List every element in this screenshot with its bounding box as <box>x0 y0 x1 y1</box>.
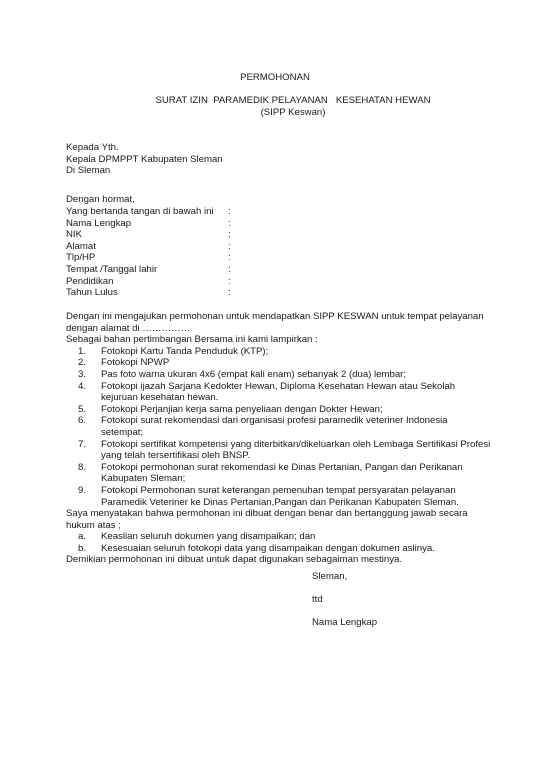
list-number: 1. <box>78 346 86 358</box>
list-item: 2.Fotokopi NPWP <box>66 357 491 369</box>
field-label: Tempat /Tanggal lahir <box>66 264 157 275</box>
greeting: Dengan hormat, <box>66 194 135 206</box>
field-separator: : <box>228 252 231 264</box>
field-label: Alamat <box>66 241 96 252</box>
field-row: Alamat: <box>66 241 214 253</box>
field-row: Pendidikan: <box>66 276 214 288</box>
attachments-list: 1.Fotokopi Kartu Tanda Penduduk (KTP); 2… <box>66 346 486 508</box>
field-row: NIK: <box>66 229 214 241</box>
list-number: 5. <box>78 404 86 416</box>
list-number: b. <box>78 543 86 555</box>
list-item: 9.Fotokopi Permohonan surat keterangan p… <box>66 485 491 508</box>
list-number: a. <box>78 531 86 543</box>
field-separator: : <box>228 218 231 230</box>
field-separator: : <box>228 229 231 241</box>
list-item: 1.Fotokopi Kartu Tanda Penduduk (KTP); <box>66 346 491 358</box>
statement-paragraph: Saya menyatakan bahwa permohonan ini dib… <box>66 508 486 531</box>
recipient-block: Kepada Yth. Kepala DPMPPT Kabupaten Slem… <box>66 142 223 177</box>
list-number: 4. <box>78 381 86 393</box>
list-number: 9. <box>78 485 86 497</box>
list-item: 6.Fotokopi surat rekomendasi dari organi… <box>66 415 491 438</box>
document-title: PERMOHONAN <box>0 72 550 84</box>
list-text: Fotokopi permohonan surat rekomendasi ke… <box>101 462 463 485</box>
list-text: Kesesuaian seluruh fotokopi data yang di… <box>101 543 435 554</box>
list-text: Keaslian seluruh dokumen yang disampaika… <box>101 531 315 542</box>
field-row: Nama Lengkap: <box>66 218 214 230</box>
signature-mark: ttd <box>312 594 377 606</box>
list-item: b.Kesesuaian seluruh fotokopi data yang … <box>66 543 491 555</box>
list-text: Fotokopi surat rekomendasi dari organisa… <box>101 415 448 438</box>
applicant-fields: Yang bertanda tangan di bawah ini: Nama … <box>66 206 214 299</box>
list-text: Fotokopi Perjanjian kerja sama penyeliaa… <box>101 404 383 415</box>
attachments-intro: Sebagai bahan pertimbangan Bersama ini k… <box>66 334 486 346</box>
list-item: a.Keaslian seluruh dokumen yang disampai… <box>66 531 491 543</box>
list-text: Fotokopi Kartu Tanda Penduduk (KTP); <box>101 346 268 357</box>
signature-name: Nama Lengkap <box>312 617 377 629</box>
field-separator: : <box>228 276 231 288</box>
list-item: 5.Fotokopi Perjanjian kerja sama penyeli… <box>66 404 491 416</box>
request-paragraph: Dengan ini mengajukan permohonan untuk m… <box>66 311 486 334</box>
closing-paragraph: Demikian permohonan ini dibuat untuk dap… <box>66 554 486 566</box>
list-number: 7. <box>78 439 86 451</box>
request-body: Dengan ini mengajukan permohonan untuk m… <box>66 311 486 566</box>
field-label: Nama Lengkap <box>66 218 131 229</box>
list-item: 8.Fotokopi permohonan surat rekomendasi … <box>66 462 491 485</box>
list-number: 3. <box>78 369 86 381</box>
statements-list: a.Keaslian seluruh dokumen yang disampai… <box>66 531 486 554</box>
list-text: Fotokopi ijazah Sarjana Kedokter Hewan, … <box>101 381 455 404</box>
field-separator: : <box>228 241 231 253</box>
recipient-line: Kepada Yth. <box>66 142 223 154</box>
field-label: Pendidikan <box>66 276 113 287</box>
signature-place: Sleman, <box>312 571 377 583</box>
list-item: 3.Pas foto warna ukuran 4x6 (empat kali … <box>66 369 491 381</box>
list-item: 7.Fotokopi sertifikat kompetensi yang di… <box>66 439 491 462</box>
list-text: Fotokopi Permohonan surat keterangan pem… <box>101 485 459 508</box>
list-text: Fotokopi NPWP <box>101 357 169 368</box>
field-separator: : <box>228 206 231 218</box>
document-abbreviation: (SIPP Keswan) <box>0 107 550 119</box>
field-separator: : <box>228 287 231 299</box>
field-separator: : <box>228 264 231 276</box>
field-label: NIK <box>66 229 82 240</box>
recipient-line: Kepala DPMPPT Kabupaten Sleman <box>66 154 223 166</box>
field-label: Tahun Lulus <box>66 287 118 298</box>
list-text: Fotokopi sertifikat kompetensi yang dite… <box>101 439 490 462</box>
list-number: 2. <box>78 357 86 369</box>
list-number: 8. <box>78 462 86 474</box>
recipient-line: Di Sleman <box>66 165 223 177</box>
list-text: Pas foto warna ukuran 4x6 (empat kali en… <box>101 369 406 380</box>
field-row: Tempat /Tanggal lahir: <box>66 264 214 276</box>
document-subtitle: SURAT IZIN PARAMEDIK PELAYANAN KESEHATAN… <box>0 95 550 107</box>
list-number: 6. <box>78 415 86 427</box>
field-label: Tlp/HP <box>66 252 95 263</box>
document-page: PERMOHONAN SURAT IZIN PARAMEDIK PELAYANA… <box>0 0 550 777</box>
list-item: 4.Fotokopi ijazah Sarjana Kedokter Hewan… <box>66 381 491 404</box>
field-row: Tlp/HP: <box>66 252 214 264</box>
field-row: Yang bertanda tangan di bawah ini: <box>66 206 214 218</box>
field-row: Tahun Lulus: <box>66 287 214 299</box>
field-label: Yang bertanda tangan di bawah ini <box>66 206 214 217</box>
signature-block: Sleman, ttd Nama Lengkap <box>312 571 377 641</box>
